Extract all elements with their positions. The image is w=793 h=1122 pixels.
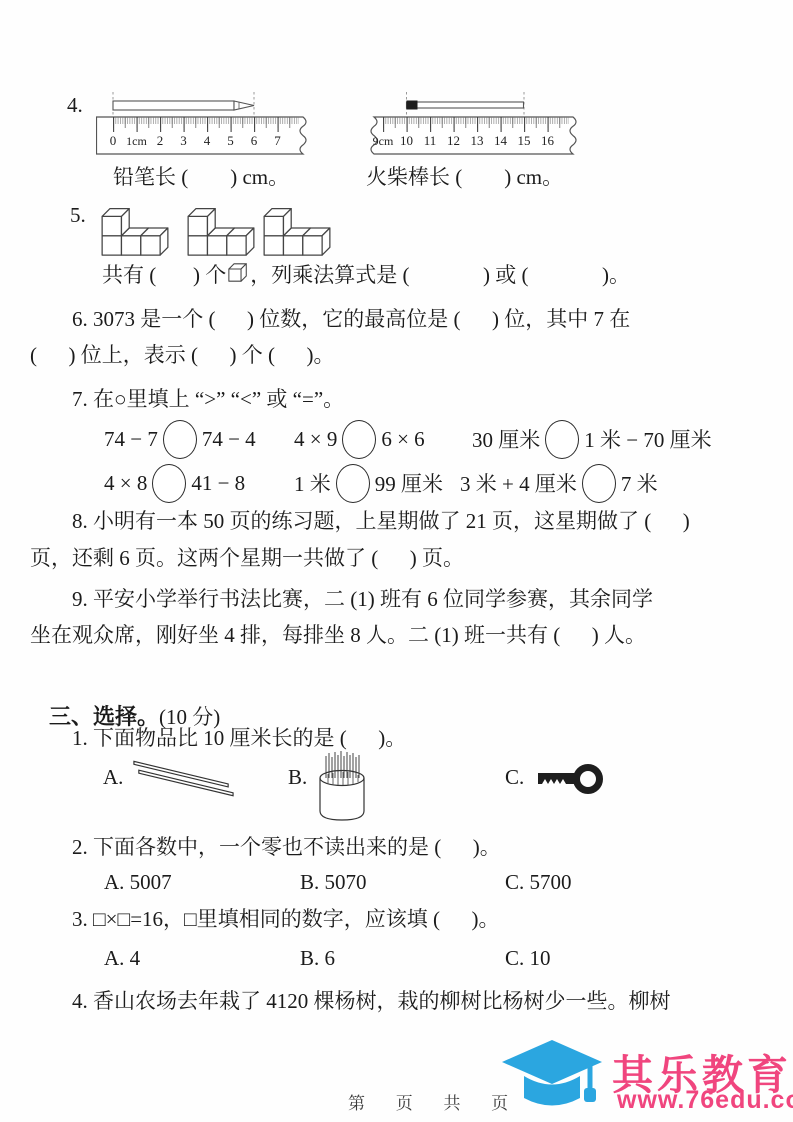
comparison-circle-blank [152,464,186,503]
comparison-circle-blank [545,420,579,459]
ruler-tick-label: 15 [518,133,531,148]
ruler-tick-label: 14 [494,133,508,148]
ruler-tick-label: 3 [180,133,187,148]
chopsticks-icon [130,758,236,804]
q8-line2: 页，还剩 6 页。这两个星期一共做了 ( ) 页。 [30,545,464,571]
q7-item: 74 − 7 74 − 4 [104,419,256,459]
ruler-body: 0 1cm 2 3 4 5 6 7 [97,117,307,154]
expression-right: 1 米 − 70 厘米 [584,424,711,454]
ruler-tick-label: 12 [447,133,460,148]
cubes-figure [186,199,256,257]
expression-right: 6 × 6 [381,427,424,452]
ruler-tick-label: 7 [274,133,281,148]
choice-3-option-c: C. 10 [505,945,551,971]
q7-header: 7. 在○里填上 “>” “<” 或 “=”。 [72,386,344,412]
cubes-figure [262,199,332,257]
comparison-circle-blank [336,464,370,503]
footer-page-indicator: 第 页 共 页 [348,1089,521,1114]
ruler-tick-label: 16 [541,133,555,148]
choice-1-option-c-label: C. [505,764,524,790]
pencil-illustration [113,101,254,110]
ruler-tick-label: 11 [424,133,437,148]
expression-right: 7 米 [621,468,658,498]
q7-item: 3 米 + 4 厘米 7 米 [460,463,658,503]
ruler-tick-label: 13 [471,133,484,148]
key-icon [534,760,604,798]
ruler-tick-label: 1cm [126,134,147,148]
expression-left: 4 × 8 [104,471,147,496]
match-ruler-illustration: 9cm 10 11 12 13 14 15 16 [366,92,584,158]
comparison-circle-blank [342,420,376,459]
worksheet-page: 4. 0 1cm 2 3 4 5 6 7 [0,0,793,1122]
q5-caption: 共有 ( ) 个 ，列乘法算式是 ( ) 或 ( )。 [102,259,630,289]
pen-holder-icon [316,748,368,824]
choice-2-option-a: A. 5007 [104,869,172,895]
expression-left: 3 米 + 4 厘米 [460,468,577,498]
ruler-body: 9cm 10 11 12 13 14 15 16 [371,117,576,154]
q7-item: 1 米 99 厘米 [294,463,443,503]
q9-line1: 9. 平安小学举行书法比赛，二 (1) 班有 6 位同学参赛，其余同学 [72,586,653,612]
ruler-tick-label: 2 [157,133,164,148]
comparison-circle-blank [582,464,616,503]
choice-2-option-c: C. 5700 [505,869,572,895]
q8-line1: 8. 小明有一本 50 页的练习题，上星期做了 21 页，这星期做了 ( ) [72,508,690,534]
q9-line2: 坐在观众席，刚好坐 4 排，每排坐 8 人。二 (1) 班一共有 ( ) 人。 [30,622,646,648]
expression-right: 41 − 8 [191,471,245,496]
choice-3-option-b: B. 6 [300,945,335,971]
q5-caption-pre: 共有 ( ) 个 [102,259,226,289]
q7-item: 30 厘米 1 米 − 70 厘米 [472,419,712,459]
q5-caption-post: ，列乘法算式是 ( ) 或 ( )。 [250,259,630,289]
comparison-circle-blank [163,420,197,459]
graduation-cap-logo-icon [498,1036,606,1120]
ruler-tick-label: 4 [204,133,211,148]
choice-1-option-b-label: B. [288,764,307,790]
q6-line1: 6. 3073 是一个 ( ) 位数，它的最高位是 ( ) 位，其中 7 在 [72,306,630,332]
expression-right: 74 − 4 [202,427,256,452]
q7-item: 4 × 8 41 − 8 [104,463,245,503]
q5-number: 5. [70,202,86,228]
choice-2-option-b: B. 5070 [300,869,367,895]
logo-website: www.76edu.com [617,1086,793,1115]
choice-1-option-a-label: A. [103,764,123,790]
expression-left: 4 × 9 [294,427,337,452]
choice-3-option-a: A. 4 [104,945,140,971]
q4-caption-pencil: 铅笔长 ( ) cm。 [113,164,289,190]
choice-4-text: 4. 香山农场去年栽了 4120 棵杨树，栽的柳树比杨树少一些。柳树 [72,988,671,1014]
q7-item: 4 × 9 6 × 6 [294,419,425,459]
ruler-tick-label: 10 [400,133,413,148]
ruler-tick-label: 5 [227,133,234,148]
q4-number: 4. [67,92,83,118]
expression-left: 30 厘米 [472,424,540,454]
matchstick-illustration [407,101,524,110]
pencil-ruler-illustration: 0 1cm 2 3 4 5 6 7 [96,92,314,158]
ruler-tick-label: 6 [251,133,258,148]
expression-left: 74 − 7 [104,427,158,452]
q4-caption-match: 火柴棒长 ( ) cm。 [366,164,563,190]
small-cube-icon [228,262,248,283]
expression-left: 1 米 [294,468,331,498]
choice-3-text: 3. □×□=16，□里填相同的数字，应该填 ( )。 [72,906,499,932]
expression-right: 99 厘米 [375,468,443,498]
cubes-figure [100,199,170,257]
ruler-tick-label: 0 [110,133,117,148]
q6-line2: ( ) 位上，表示 ( ) 个 ( )。 [30,342,334,368]
choice-2-text: 2. 下面各数中，一个零也不读出来的是 ( )。 [72,834,501,860]
ruler-tick-label: 9cm [373,134,394,148]
